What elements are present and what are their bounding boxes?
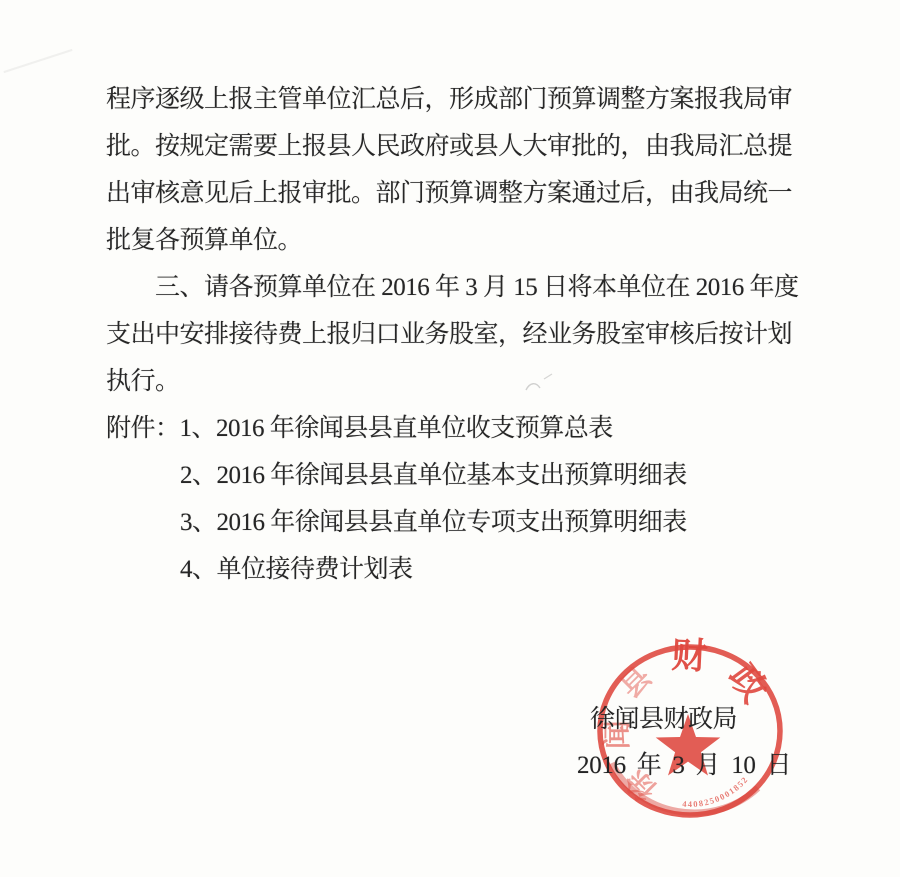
item-three-line: 支出中安排接待费上报归口业务股室，经业务股室审核后按计划 bbox=[106, 311, 799, 358]
item-three-line: 执行。 bbox=[106, 358, 799, 405]
attachment-line: 附件：1、2016 年徐闻县县直单位收支预算总表 bbox=[106, 405, 799, 452]
attachment-line: 4、单位接待费计划表 bbox=[106, 546, 799, 593]
document-body: 程序逐级上报主管单位汇总后，形成部门预算调整方案报我局审 批。按规定需要上报县人… bbox=[106, 76, 799, 593]
item-three-line: 三、请各预算单位在 2016 年 3 月 15 日将本单位在 2016 年度 bbox=[106, 264, 799, 311]
body-line: 程序逐级上报主管单位汇总后，形成部门预算调整方案报我局审 bbox=[106, 76, 799, 123]
seal-arc-char: 县 bbox=[614, 655, 664, 705]
signature-date: 2016 年 3 月 10 日 bbox=[577, 745, 791, 781]
seal-arc-char: 财 bbox=[671, 635, 717, 677]
scan-artifact bbox=[522, 370, 558, 396]
attachment-line: 2、2016 年徐闻县县直单位基本支出预算明细表 bbox=[106, 452, 799, 499]
body-line: 出审核意见后上报审批。部门预算调整方案通过后，由我局统一 bbox=[106, 170, 799, 217]
body-line: 批。按规定需要上报县人民政府或县人大审批的，由我局汇总提 bbox=[106, 123, 799, 170]
document-page: 程序逐级上报主管单位汇总后，形成部门预算调整方案报我局审 批。按规定需要上报县人… bbox=[0, 0, 900, 877]
attachment-line: 3、2016 年徐闻县县直单位专项支出预算明细表 bbox=[106, 499, 799, 546]
body-line: 批复各预算单位。 bbox=[106, 217, 799, 264]
signature-org: 徐闻县财政局 bbox=[590, 699, 737, 735]
seal-arc-char: 局 bbox=[580, 628, 599, 635]
scan-smudge bbox=[3, 49, 72, 73]
